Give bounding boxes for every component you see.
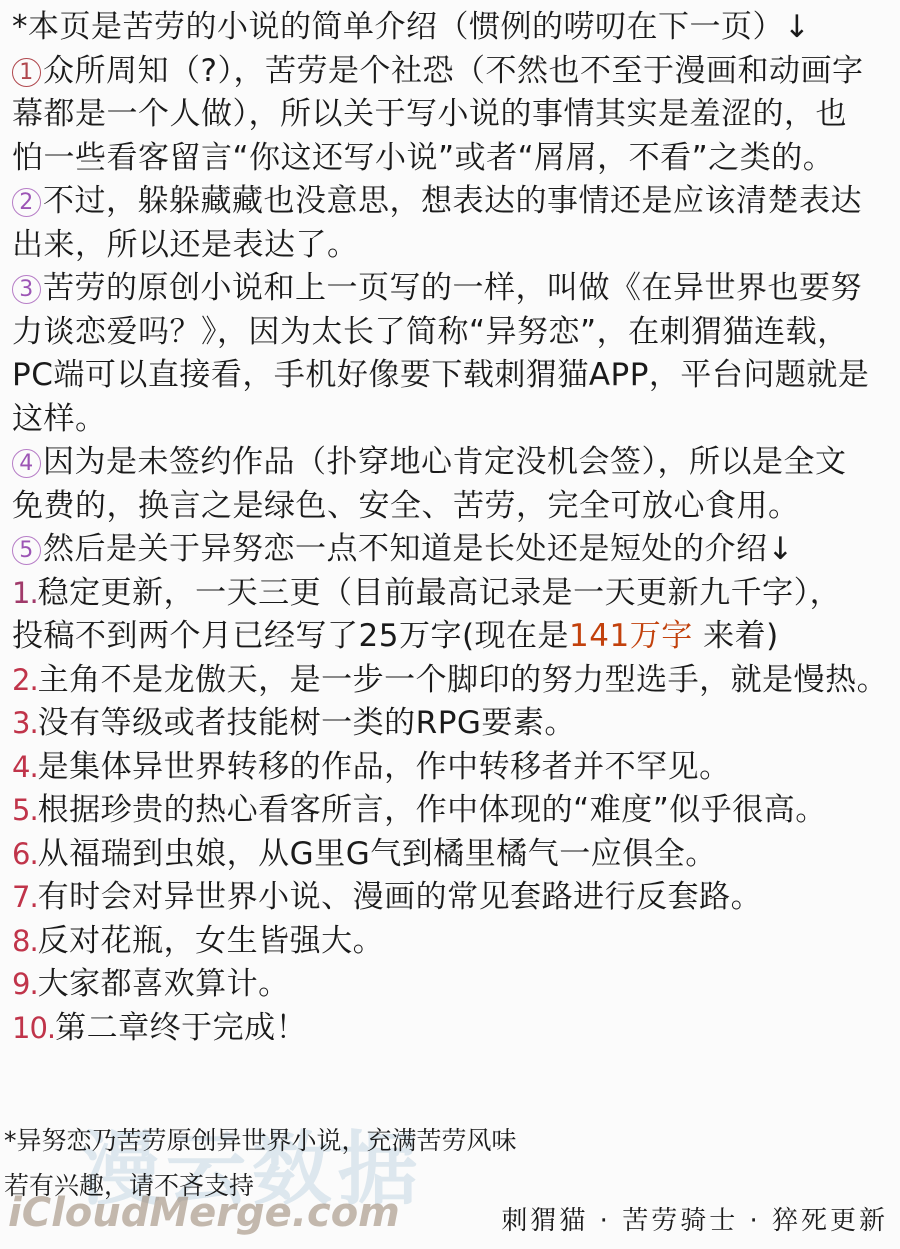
feature-list: 1.稳定更新，一天三更（目前最高记录是一天更新九千字）， 投稿不到两个月已经写了…	[12, 572, 900, 1051]
point-5: 5然后是关于异努恋一点不知道是长处还是短处的介绍↓	[12, 528, 900, 572]
list-item: 3.没有等级或者技能树一类的RPG要素。	[12, 702, 900, 746]
circled-5-icon: 5	[12, 536, 41, 565]
point-1: 1众所周知（?），苦劳是个社恐（不然也不至于漫画和动画字 幕都是一个人做），所以…	[12, 50, 900, 181]
list-item: 7.有时会对异世界小说、漫画的常见套路进行反套路。	[12, 876, 900, 920]
circled-3-icon: 3	[12, 275, 41, 304]
list-item: 2.主角不是龙傲天，是一步一个脚印的努力型选手，就是慢热。	[12, 659, 900, 703]
list-item-cont: 投稿不到两个月已经写了25万字(现在是141万字 来着)	[12, 615, 900, 659]
point-2: 2不过，躲躲藏藏也没意思，想表达的事情还是应该清楚表达 出来，所以还是表达了。	[12, 180, 900, 267]
list-item: 10.第二章终于完成！	[12, 1007, 900, 1051]
signature: 刺猬猫 · 苦劳骑士 · 猝死更新	[501, 1200, 888, 1237]
intro-line: *本页是苦劳的小说的简单介绍（惯例的唠叨在下一页）↓	[12, 6, 900, 50]
page-content: *本页是苦劳的小说的简单介绍（惯例的唠叨在下一页）↓ 1众所周知（?），苦劳是个…	[12, 6, 900, 1050]
watermark: iCloudMerge.com	[8, 1190, 400, 1236]
point-4: 4因为是未签约作品（扑穿地心肯定没机会签），所以是全文 免费的，换言之是绿色、安…	[12, 441, 900, 528]
list-item: 5.根据珍贵的热心看客所言，作中体现的“难度”似乎很高。	[12, 789, 900, 833]
highlight-word-count: 141万字	[569, 618, 693, 654]
point-3: 3苦劳的原创小说和上一页写的一样，叫做《在异世界也要努 力谈恋爱吗？》，因为太长…	[12, 267, 900, 441]
circled-2-icon: 2	[12, 188, 41, 217]
list-item: 8.反对花瓶，女生皆强大。	[12, 920, 900, 964]
circled-1-icon: 1	[12, 58, 41, 87]
circled-4-icon: 4	[12, 449, 41, 478]
list-item: 6.从福瑞到虫娘，从G里G气到橘里橘气一应俱全。	[12, 833, 900, 877]
list-item: 9.大家都喜欢算计。	[12, 963, 900, 1007]
list-item: 1.稳定更新，一天三更（目前最高记录是一天更新九千字），	[12, 572, 900, 616]
list-item: 4.是集体异世界转移的作品，作中转移者并不罕见。	[12, 746, 900, 790]
